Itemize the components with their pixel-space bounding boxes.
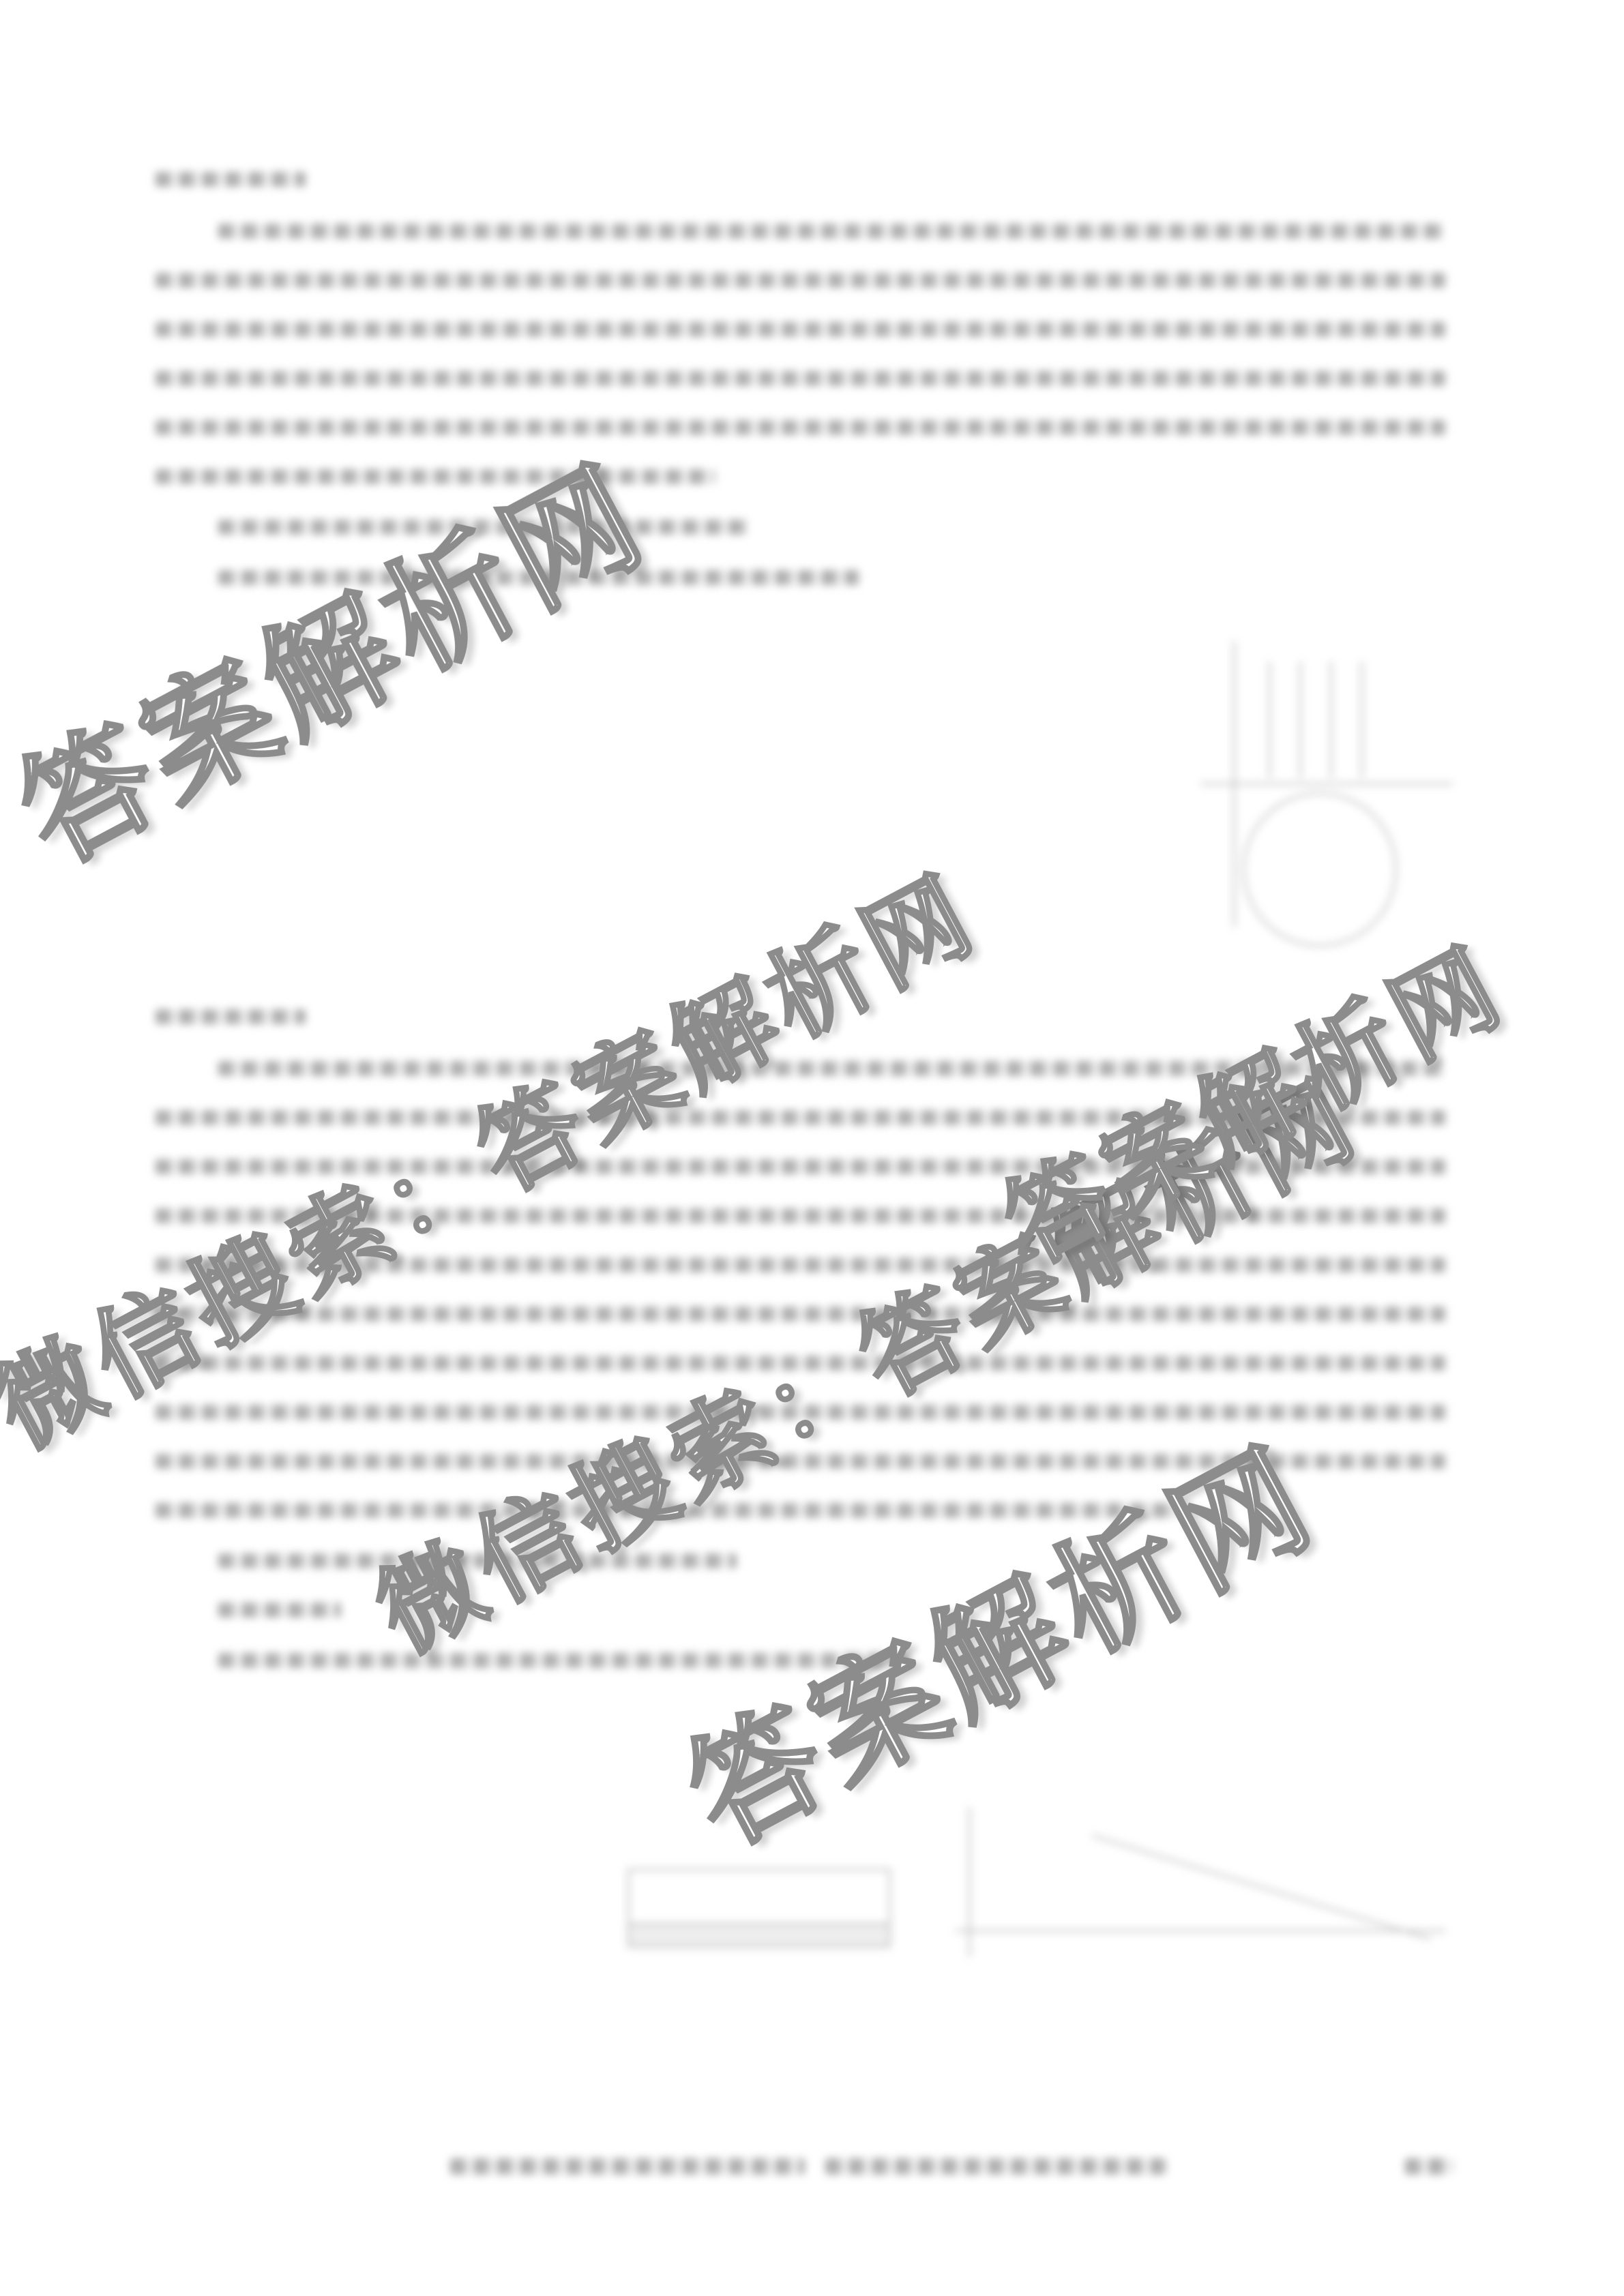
text-line: [156, 469, 715, 484]
text-line: [218, 224, 1446, 239]
text-line: [156, 322, 1446, 337]
section-2-heading: [156, 1009, 306, 1024]
page-number: [1405, 2158, 1453, 2175]
watermark: 答案解析网: [0, 413, 673, 898]
section-1-heading: [156, 172, 306, 187]
document-page: 答案解析网 微信搜索：答案解析网 微信搜索：答案解析网 答案解析网 答案解析网: [0, 0, 1624, 2296]
text-line: [156, 371, 1446, 386]
text-line: [156, 420, 1446, 435]
footer-info: [825, 2158, 1166, 2175]
footer-label: [450, 2158, 805, 2175]
sub-item-2: [218, 1602, 341, 1617]
text-line: [156, 273, 1446, 288]
